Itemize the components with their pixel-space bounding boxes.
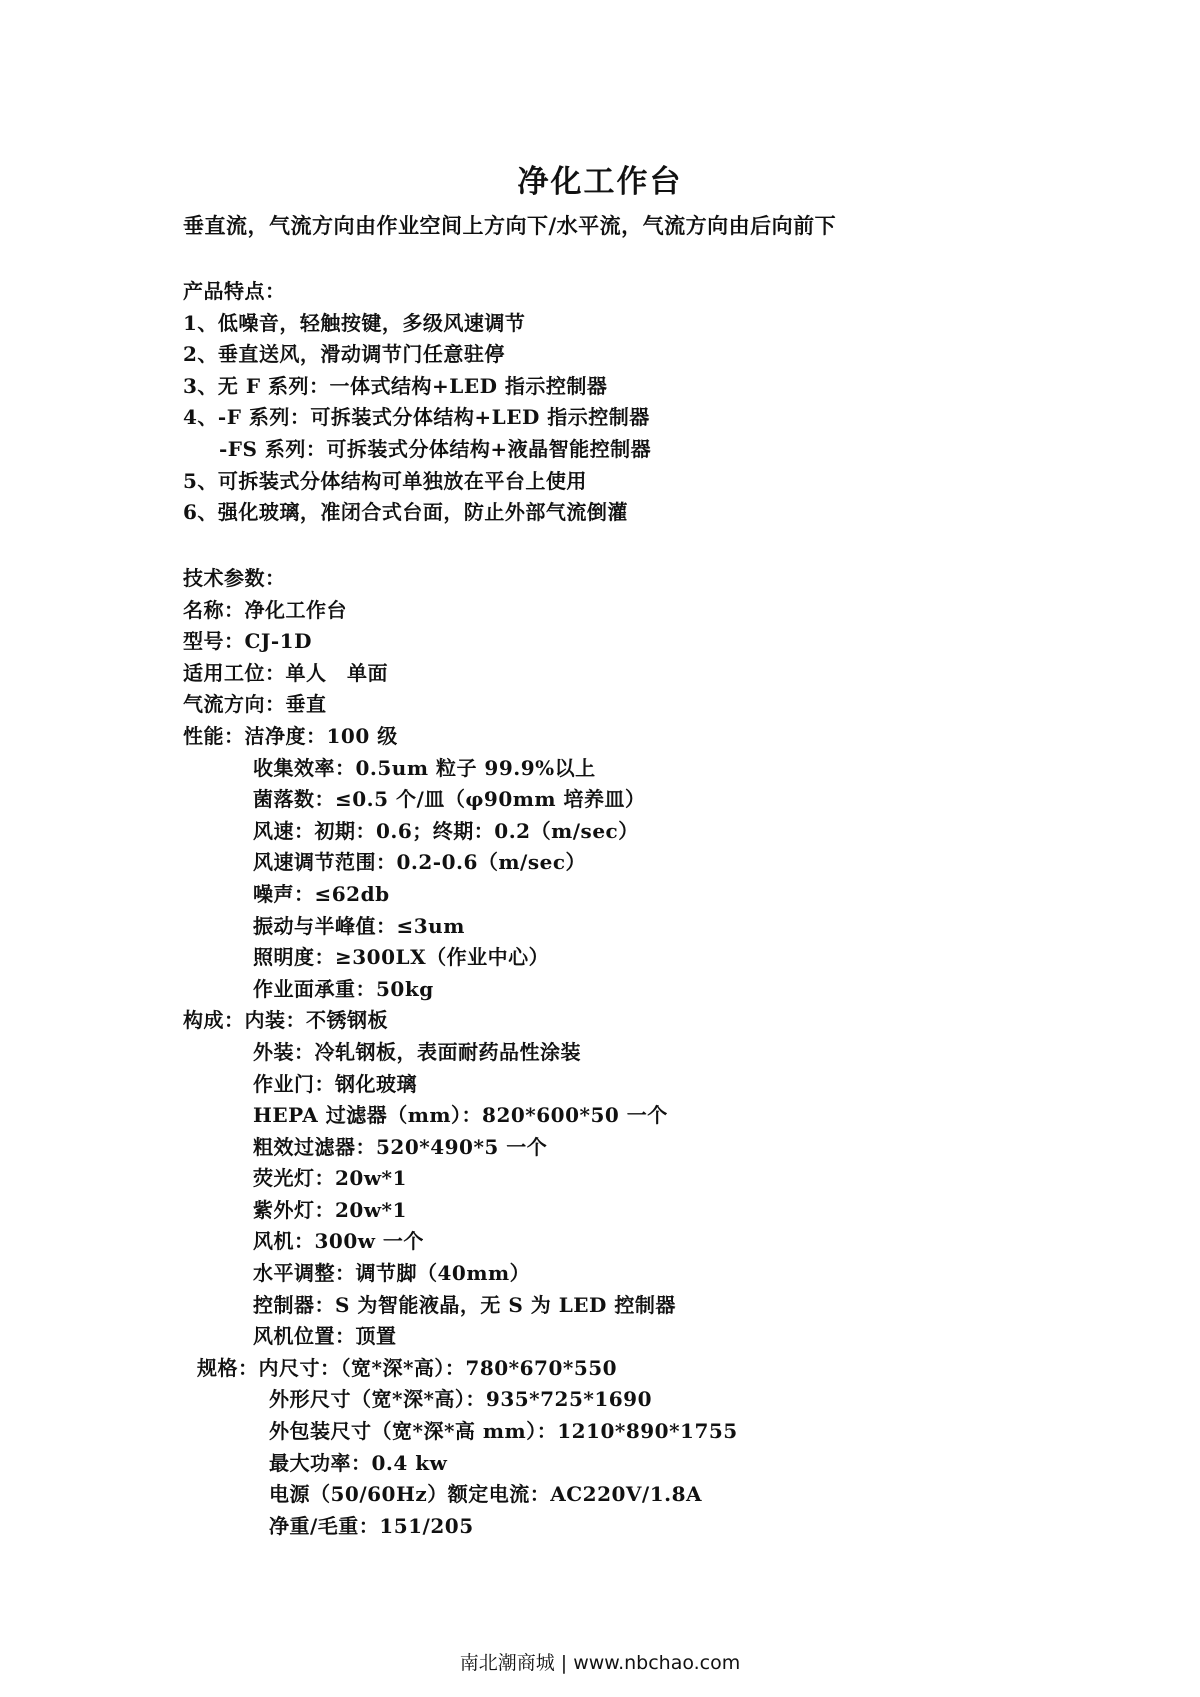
performance-item: 洁净度：100 级 bbox=[245, 724, 398, 748]
composition-item: 内装：不锈钢板 bbox=[245, 1008, 389, 1032]
composition-item: 控制器：S 为智能液晶，无 S 为 LED 控制器 bbox=[183, 1290, 738, 1322]
features-heading: 产品特点： bbox=[183, 276, 651, 308]
feature-item: 3、无 F 系列：一体式结构+LED 指示控制器 bbox=[183, 371, 651, 403]
document-page: 净化工作台 垂直流，气流方向由作业空间上方向下/水平流，气流方向由后向前下 产品… bbox=[0, 0, 1200, 1697]
dimensions-item: 外包装尺寸（宽*深*高 mm）：1210*890*1755 bbox=[183, 1416, 738, 1448]
spec-model: 型号：CJ-1D bbox=[183, 626, 738, 658]
composition-item: HEPA 过滤器（mm）：820*600*50 一个 bbox=[183, 1100, 738, 1132]
page-subtitle: 垂直流，气流方向由作业空间上方向下/水平流，气流方向由后向前下 bbox=[183, 210, 836, 240]
dimensions-item: 净重/毛重：151/205 bbox=[183, 1511, 738, 1543]
composition-item: 风机：300w 一个 bbox=[183, 1226, 738, 1258]
performance-item: 收集效率：0.5um 粒子 99.9%以上 bbox=[183, 753, 738, 785]
composition-row: 构成：内装：不锈钢板 bbox=[183, 1005, 738, 1037]
page-title: 净化工作台 bbox=[0, 156, 1200, 201]
composition-item: 作业门：钢化玻璃 bbox=[183, 1069, 738, 1101]
spec-airflow: 气流方向：垂直 bbox=[183, 689, 738, 721]
composition-item: 水平调整：调节脚（40mm） bbox=[183, 1258, 738, 1290]
feature-item: 4、-F 系列：可拆装式分体结构+LED 指示控制器 bbox=[183, 402, 651, 434]
feature-item: 6、强化玻璃，准闭合式台面，防止外部气流倒灌 bbox=[183, 497, 651, 529]
performance-item: 风速调节范围：0.2-0.6（m/sec） bbox=[183, 847, 738, 879]
specs-section: 技术参数： 名称：净化工作台 型号：CJ-1D 适用工位：单人 单面 气流方向：… bbox=[183, 563, 738, 1542]
performance-item: 菌落数：≤0.5 个/皿（φ90mm 培养皿） bbox=[183, 784, 738, 816]
dimensions-item: 最大功率：0.4 kw bbox=[183, 1448, 738, 1480]
composition-item: 荧光灯：20w*1 bbox=[183, 1163, 738, 1195]
feature-item: 5、可拆装式分体结构可单独放在平台上使用 bbox=[183, 466, 651, 498]
composition-item: 外装：冷轧钢板，表面耐药品性涂装 bbox=[183, 1037, 738, 1069]
performance-label: 性能： bbox=[183, 721, 245, 753]
performance-item: 噪声：≤62db bbox=[183, 879, 738, 911]
dimensions-label: 规格： bbox=[197, 1353, 259, 1385]
spec-station: 适用工位：单人 单面 bbox=[183, 658, 738, 690]
spec-name: 名称：净化工作台 bbox=[183, 595, 738, 627]
specs-heading: 技术参数： bbox=[183, 563, 738, 595]
performance-item: 风速：初期：0.6；终期：0.2（m/sec） bbox=[183, 816, 738, 848]
performance-row: 性能：洁净度：100 级 bbox=[183, 721, 738, 753]
feature-item: 1、低噪音，轻触按键，多级风速调节 bbox=[183, 308, 651, 340]
composition-label: 构成： bbox=[183, 1005, 245, 1037]
dimensions-item: 外形尺寸（宽*深*高）：935*725*1690 bbox=[183, 1384, 738, 1416]
feature-item: 2、垂直送风，滑动调节门任意驻停 bbox=[183, 339, 651, 371]
composition-item: 粗效过滤器：520*490*5 一个 bbox=[183, 1132, 738, 1164]
dimensions-item: 内尺寸：（宽*深*高）：780*670*550 bbox=[259, 1356, 618, 1380]
feature-item: -FS 系列：可拆装式分体结构+液晶智能控制器 bbox=[183, 434, 651, 466]
features-section: 产品特点： 1、低噪音，轻触按键，多级风速调节 2、垂直送风，滑动调节门任意驻停… bbox=[183, 276, 651, 529]
composition-item: 紫外灯：20w*1 bbox=[183, 1195, 738, 1227]
composition-item: 风机位置：顶置 bbox=[183, 1321, 738, 1353]
performance-item: 照明度：≥300LX（作业中心） bbox=[183, 942, 738, 974]
dimensions-item: 电源（50/60Hz）额定电流：AC220V/1.8A bbox=[183, 1479, 738, 1511]
footer-watermark: 南北潮商城 | www.nbchao.com bbox=[0, 1648, 1200, 1675]
performance-item: 振动与半峰值：≤3um bbox=[183, 911, 738, 943]
performance-item: 作业面承重：50kg bbox=[183, 974, 738, 1006]
dimensions-row: 规格：内尺寸：（宽*深*高）：780*670*550 bbox=[183, 1353, 738, 1385]
